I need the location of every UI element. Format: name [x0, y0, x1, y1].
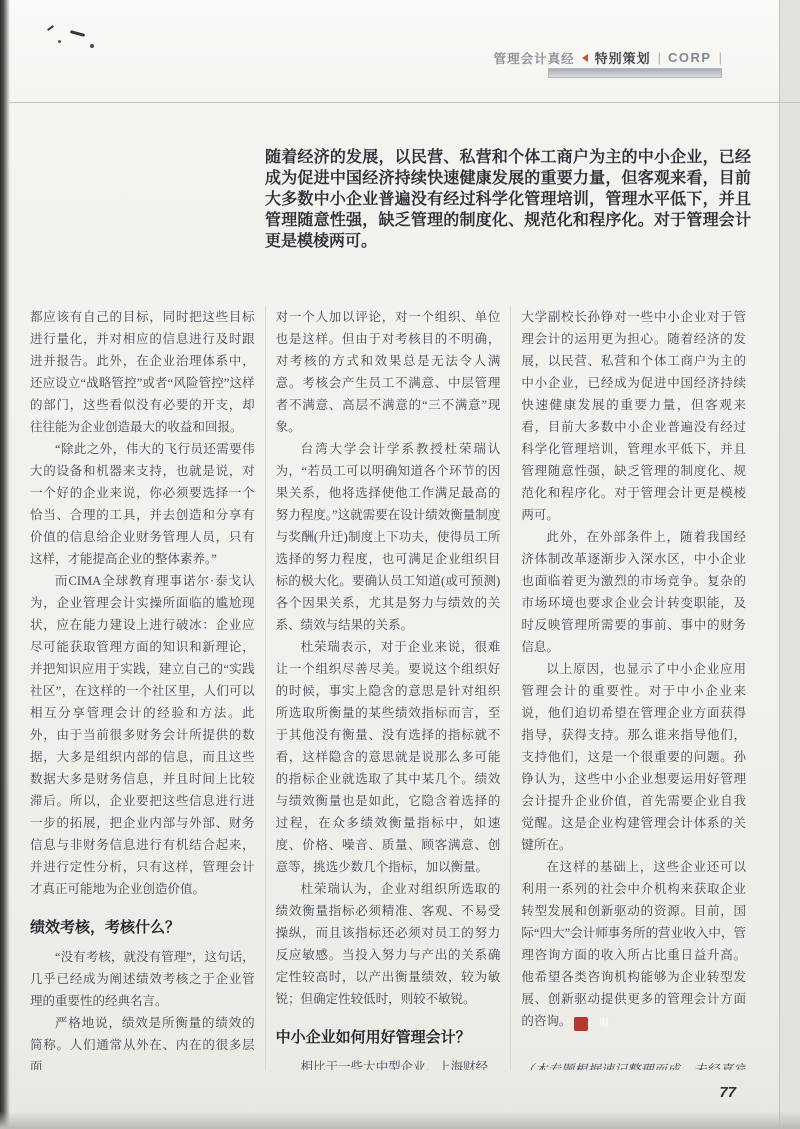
pen-mark-artifact: [58, 40, 61, 43]
paragraph: 此外，在外部条件上，随着我国经济体制改革逐渐步入深水区，中小企业也面临着更为激烈…: [521, 526, 746, 658]
paragraph-text: 在这样的基础上，这些企业还可以利用一系列的社会中介机构来获取企业转型发展和创新驱…: [521, 860, 746, 1028]
page-number: 77: [719, 1084, 736, 1101]
left-triangle-icon: [582, 54, 588, 62]
paragraph: 而CIMA全球教育理事诺尔·泰戈认为，企业管理会计实操所面临的尴尬现状，应在能力…: [30, 570, 255, 900]
pen-mark-artifact: [70, 30, 85, 37]
header-rule-bar: [548, 68, 722, 78]
section-label: 特别策划: [595, 48, 651, 67]
scan-edge-right: [779, 0, 800, 1129]
magazine-title: 管理会计真经: [494, 49, 575, 67]
paragraph: 相比于一些大中型企业，上海财经: [276, 1056, 501, 1070]
paragraph: 杜荣瑞认为，企业对组织所选取的绩效衡量指标必须精准、客观、不易受操纵，而且该指标…: [276, 878, 501, 1010]
separator: |: [719, 50, 722, 65]
scan-edge-bottom: [0, 1111, 800, 1129]
corp-label: CORP: [668, 50, 712, 65]
paragraph: 杜荣瑞表示，对于企业来说，很难让一个组织尽善尽美。要说这个组织好的时候，事实上隐…: [276, 636, 501, 878]
section-heading-sme: 中小企业如何用好管理会计？: [276, 1026, 501, 1047]
column-middle: 对一个人加以评论，对一个组织、单位也是这样。但由于对考核目的不明确，对考核的方式…: [265, 306, 511, 1070]
pen-mark-artifact: [90, 44, 94, 48]
paragraph: 台湾大学会计学系教授杜荣瑞认为，“若员工可以明确知道各个环节的因果关系，他将选择…: [276, 438, 501, 636]
paragraph: “除此之外，伟大的飞行员还需要伟大的设备和机器来支持，也就是说，对一个好的企业来…: [30, 438, 255, 570]
column-right: 大学副校长孙铮对一些中小企业对于管理会计的运用更为担心。随着经济的发展，以民营、…: [510, 306, 746, 1070]
paragraph: 对一个人加以评论，对一个组织、单位也是这样。但由于对考核目的不明确，对考核的方式…: [276, 306, 501, 438]
paragraph: 都应该有自己的目标，同时把这些目标进行量化，并对相应的信息进行及时跟进并报告。此…: [30, 306, 255, 438]
paragraph: “没有考核，就没有管理”，这句话，几乎已经成为阐述绩效考核之于企业管理的重要性的…: [30, 946, 255, 1012]
article-columns: 都应该有自己的目标，同时把这些目标进行量化，并对相应的信息进行及时跟进并报告。此…: [30, 306, 746, 1070]
header-hairline: [8, 102, 800, 103]
paragraph: 严格地说，绩效是所衡量的绩效的简称。人们通常从外在、内在的很多层面: [30, 1012, 255, 1070]
separator: |: [658, 50, 661, 65]
magazine-page: 管理会计真经 特别策划 | CORP | 随着经济的发展，以民营、私营和个体工商…: [0, 0, 800, 1129]
section-heading-performance: 绩效考核，考核什么？: [30, 916, 255, 937]
paragraph: 以上原因，也显示了中小企业应用管理会计的重要性。对于中小企业来说，他们迫切希望在…: [521, 658, 746, 856]
paragraph: 在这样的基础上，这些企业还可以利用一系列的社会中介机构来获取企业转型发展和创新驱…: [521, 856, 746, 1032]
intro-summary: 随着经济的发展，以民营、私营和个体工商户为主的中小企业，已经成为促进中国经济持续…: [265, 147, 751, 252]
editor-note: （本专题根据速记整理而成，未经嘉宾本人确认）: [521, 1058, 746, 1070]
column-left: 都应该有自己的目标，同时把这些目标进行量化，并对相应的信息进行及时跟进并报告。此…: [30, 306, 265, 1070]
page-header: 管理会计真经 特别策划 | CORP |: [494, 48, 722, 67]
magazine-end-mark-icon: 财: [574, 1017, 588, 1031]
scan-edge-left: [0, 0, 10, 1129]
pen-mark-artifact: [47, 25, 54, 31]
paragraph: 大学副校长孙铮对一些中小企业对于管理会计的运用更为担心。随着经济的发展，以民营、…: [521, 306, 746, 526]
